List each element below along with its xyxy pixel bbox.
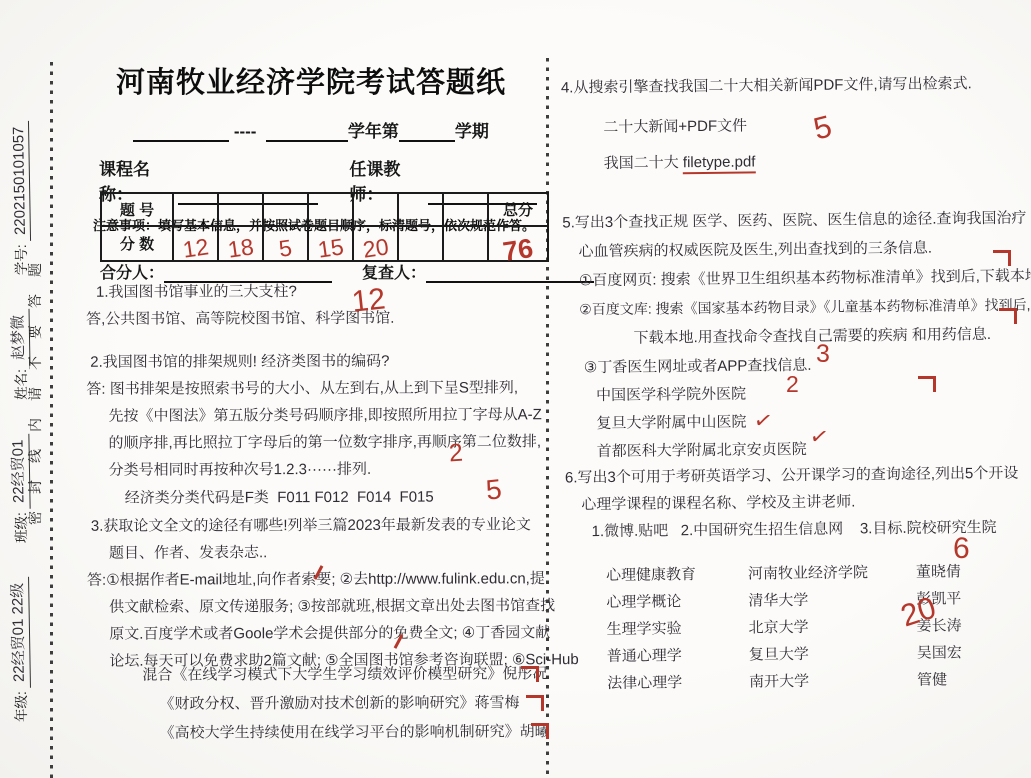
score-cell: 12: [173, 226, 218, 261]
answer-block: 心理健康教育河南牧业经济学院董晓倩心理学概论清华大学彭凯平生理学实验北京大学姜长…: [566, 558, 962, 697]
red-score-mark: ✓: [808, 425, 830, 450]
term-blank: [399, 125, 455, 142]
question-number-cell: [443, 193, 488, 226]
answer-block: 4.从搜索引擎查找我国二十大相关新闻PDF文件,请写出检索式.: [561, 70, 972, 101]
handwritten-line: 1.我国图书馆事业的三大支柱?: [96, 278, 394, 306]
score-cell: 18: [218, 226, 263, 261]
handwritten-line: 答:①根据作者E-mail地址,向作者索要; ②去http://www.fuli…: [87, 565, 579, 594]
red-score-mark: 3: [816, 342, 830, 367]
answer-block: 经济类分类代码是F类 F011 F012 F014 F015: [87, 484, 434, 512]
school-name: 河南牧业经济学院: [748, 559, 916, 588]
answer-block: 混合《在线学习模式下大学生学习绩效评价模型研究》倪彤况《财政分权、晋升激励对技术…: [87, 659, 549, 748]
handwritten-line: 的顺序排,再比照拉丁字母后的第一位数字排序,再顺序第二位数排,: [108, 428, 541, 457]
course-name: 心理学概论: [606, 588, 748, 616]
seal-text: 密封线内请不要答题: [25, 255, 47, 525]
answer-block: 二十大新闻+PDF文件我国二十大 filetype.pdf: [561, 108, 755, 182]
score-cell: [398, 226, 443, 261]
scanned-answer-sheet: 年级: 22经贸01 22级 班级: 22经贸01 姓名: 赵梦微 学号: 22…: [0, 0, 1031, 778]
handwritten-line: 6.写出3个可用于考研英语学习、公开课学习的查询途径,列出5个开设: [565, 460, 1019, 492]
question-number-cell: [218, 193, 263, 226]
handwritten-line: 原文.百度学术或者Goole学术会提供部分的免费全文; ④丁香园文献: [109, 619, 579, 648]
course-row: 法律心理学南开大学管健: [567, 666, 962, 697]
question-number-cell: [398, 193, 443, 226]
red-score-mark: 2: [786, 373, 799, 396]
handwritten-line: 《高校大学生持续使用在线学习平台的影响机制研究》胡曦: [160, 717, 550, 747]
handwritten-line: 混合《在线学习模式下大学生学习绩效评价模型研究》倪彤况: [142, 659, 549, 689]
handwritten-line: 分类号相同时再按种次号1.2.3······排列.: [109, 455, 542, 484]
score-cell: 15: [308, 226, 353, 261]
score-table: 题 号总分 分 数12185152076: [100, 192, 549, 262]
term-line: ---- 学年第学期: [85, 117, 537, 142]
handwritten-line: 供文献检索、原文传递服务; ③按部就班,根据文章出处去图书馆查找: [109, 592, 579, 621]
question-number-cell: [353, 193, 398, 226]
teacher-name: 吴国宏: [917, 644, 962, 661]
handwritten-line: 经济类分类代码是F类 F011 F012 F014 F015: [125, 484, 434, 512]
student-id-value: 2202150101057: [10, 121, 31, 242]
handwritten-line: 4.从搜索引擎查找我国二十大相关新闻PDF文件,请写出检索式.: [561, 70, 972, 101]
handwritten-score: 5: [277, 234, 293, 263]
red-hook-mark: [531, 723, 549, 739]
red-hook-mark: [993, 250, 1011, 266]
score-row-label: 分 数: [101, 226, 173, 261]
score-cell: [443, 226, 488, 261]
handwritten-line: 我国二十大 filetype.pdf: [604, 144, 756, 182]
course-name: 普通心理学: [607, 642, 749, 670]
answer-block: 答:①根据作者E-mail地址,向作者索要; ②去http://www.fuli…: [87, 565, 579, 675]
red-hook-mark: [521, 666, 539, 682]
question-number-label: 题 号: [101, 193, 173, 226]
red-hook-mark: [918, 376, 936, 392]
handwritten-line: 下载本地.用查找命令查找自己需要的疾病 和用药信息.: [633, 319, 1031, 352]
score-table-header-row: 题 号总分: [101, 193, 548, 226]
year-blank-2: [266, 125, 348, 142]
year-blank: [133, 125, 229, 142]
handwritten-line: 《财政分权、晋升激励对技术创新的影响研究》蒋雪梅: [159, 688, 549, 718]
red-score-mark: 2: [448, 441, 464, 467]
term-separator: ----: [234, 122, 257, 141]
handwritten-line: 复旦大学附属中山医院: [596, 408, 812, 438]
teacher-name: 董晓倩: [916, 563, 961, 580]
red-hook-mark: [526, 695, 544, 711]
grade-field: 年级: 22经贸01 22级: [7, 577, 30, 722]
handwritten-line: 3.获取论文全文的途径有哪些!列举三篇2023年最新发表的专业论文: [91, 511, 531, 540]
red-underlined-text: filetype.pdf: [683, 153, 756, 174]
course-row: 普通心理学复旦大学吴国宏: [567, 639, 962, 670]
handwritten-line: 5.写出3个查找正规 医学、医药、医院、医生信息的途径.查询我国治疗: [562, 203, 1031, 237]
teacher-name: 管健: [917, 671, 947, 688]
total-label: 总分: [488, 193, 548, 226]
handwritten-line: 心血管疾病的权威医院及医生,列出查找到的三条信息.: [578, 232, 1031, 266]
grade-label: 年级:: [10, 691, 30, 722]
red-score-mark: 6: [953, 534, 970, 564]
red-score-mark: 5: [485, 475, 503, 504]
handwritten-line: 2.我国图书馆的排架规则! 经济类图书的编码?: [90, 347, 541, 376]
total-score-cell: 76: [488, 226, 548, 261]
red-score-mark: ✓: [752, 409, 774, 434]
term-end-label: 学期: [455, 122, 489, 141]
course-name: 心理健康教育: [606, 561, 748, 589]
grade-value: 22经贸01 22级: [6, 577, 31, 689]
handwritten-line: 答: 图书排架是按照索书号的大小、从左到右,从上到下呈S型排列,: [86, 374, 541, 403]
handwritten-line: 答,公共图书馆、高等院校图书馆、科学图书馆.: [86, 305, 394, 333]
answer-block: 3.获取论文全文的途径有哪些!列举三篇2023年最新发表的专业论文题目、作者、发…: [87, 511, 531, 567]
school-name: 南开大学: [749, 667, 917, 696]
term-mid-label: 学年第: [348, 122, 399, 141]
right-answer-column: 4.从搜索引擎查找我国二十大相关新闻PDF文件,请写出检索式.二十大新闻+PDF…: [560, 0, 1031, 2]
question-number-cell: [263, 193, 308, 226]
question-number-cell: [308, 193, 353, 226]
handwritten-line: ③丁香医生网址或者APP查找信息.: [584, 352, 812, 382]
school-name: 北京大学: [748, 613, 916, 642]
answer-block: ③丁香医生网址或者APP查找信息.中国医学科学院外医院复旦大学附属中山医院首都医…: [564, 352, 813, 467]
red-score-mark: 12: [351, 284, 387, 317]
handwritten-line: 中国医学科学院外医院: [596, 380, 812, 410]
course-name: 法律心理学: [607, 669, 749, 697]
answer-block: 1.我国图书馆事业的三大支柱?答,公共图书馆、高等院校图书馆、科学图书馆.: [86, 278, 395, 333]
school-name: 复旦大学: [749, 640, 917, 669]
handwritten-line: ①百度网页: 搜索《世界卫生组织基本药物标准清单》找到后,下载本地.: [579, 261, 1031, 295]
left-answer-column: 1.我国图书馆事业的三大支柱?答,公共图书馆、高等院校图书馆、科学图书馆.2.我…: [85, 0, 555, 1]
page-title: 河南牧业经济学院考试答题纸: [85, 60, 537, 101]
seal-dotted-line-left: [50, 62, 53, 778]
score-cell: 5: [263, 226, 308, 261]
handwritten-line: 先按《中图法》第五版分类号码顺序排,即按照所用拉丁字母从A-Z: [108, 401, 541, 430]
handwritten-line: 二十大新闻+PDF文件: [603, 108, 755, 146]
answer-block: 6.写出3个可用于考研英语学习、公开课学习的查询途径,列出5个开设心理学课程的课…: [565, 460, 1019, 546]
school-name: 清华大学: [748, 586, 916, 615]
question-number-cell: [173, 193, 218, 226]
course-row: 心理健康教育河南牧业经济学院董晓倩: [566, 558, 961, 589]
score-cell: 20: [353, 226, 398, 261]
score-table-score-row: 分 数12185152076: [101, 226, 548, 261]
answer-block: 2.我国图书馆的排架规则! 经济类图书的编码?答: 图书排架是按照索书号的大小、…: [86, 347, 542, 484]
course-name: 生理学实验: [606, 615, 748, 643]
red-score-mark: 5: [811, 110, 835, 144]
red-hook-mark: [999, 308, 1017, 324]
handwritten-line: ②百度文库: 搜索《国家基本药物目录》《儿童基本药物标准清单》找到后,: [579, 290, 1031, 324]
handwritten-line: 题目、作者、发表杂志..: [109, 538, 531, 566]
answer-block: 5.写出3个查找正规 医学、医药、医院、医生信息的途径.查询我国治疗心血管疾病的…: [562, 203, 1031, 353]
